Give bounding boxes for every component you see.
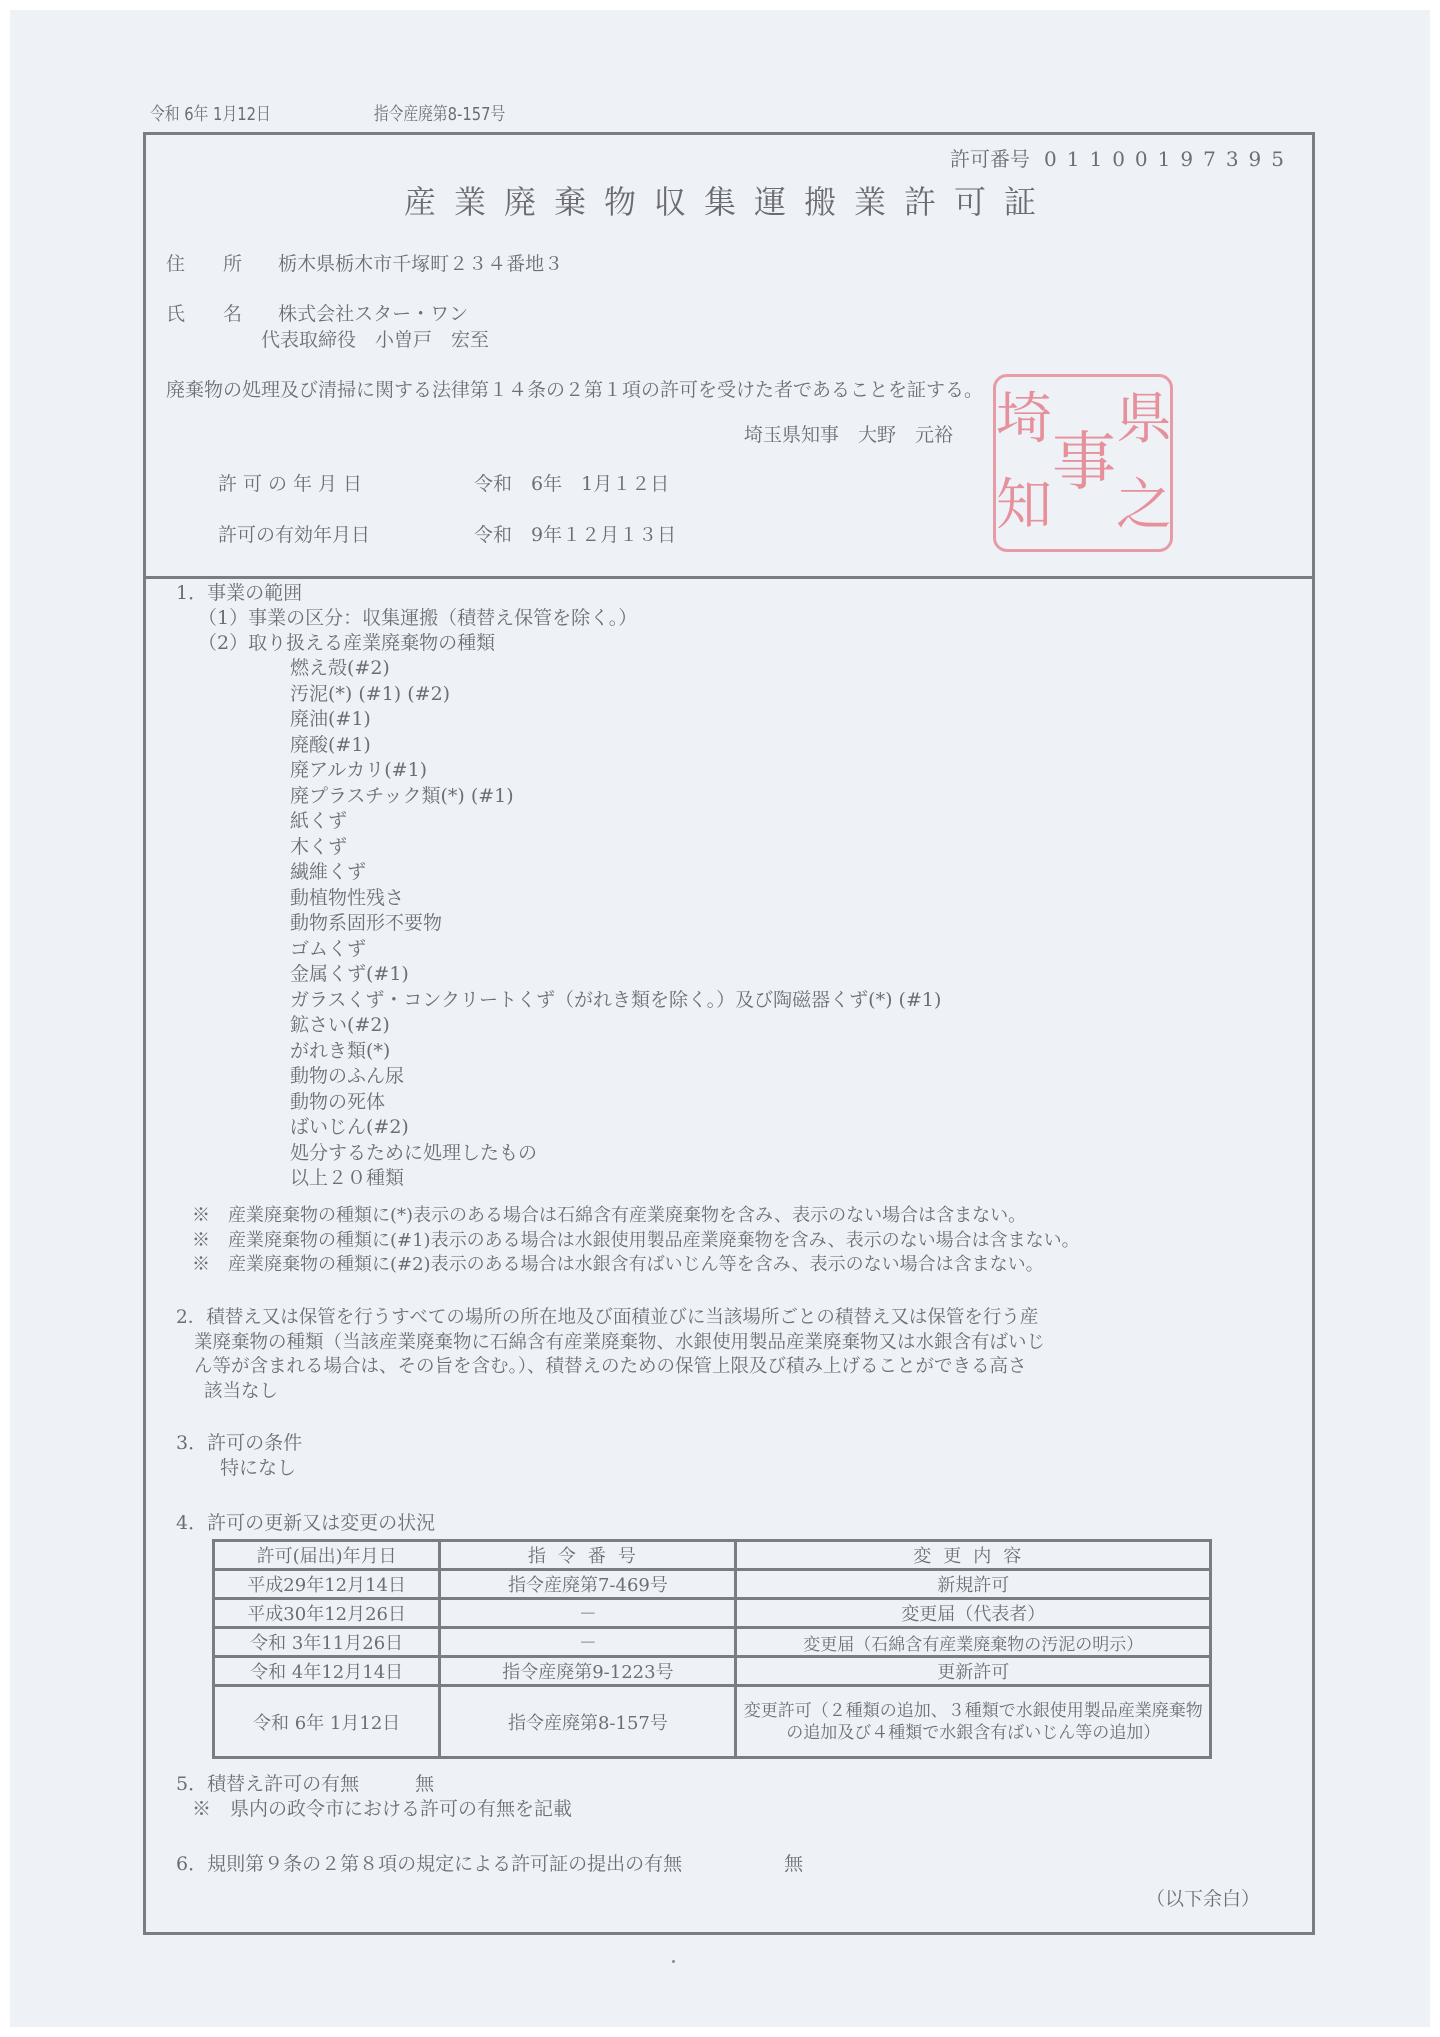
list-item: ばいじん(#2) (290, 1115, 941, 1141)
address-label: 住 所 (166, 253, 258, 275)
command-number: 指令産廃第8-157号 (374, 100, 505, 126)
waste-type-list: 燃え殻(#2) 汚泥(*) (#1) (#2) 廃油(#1) 廃酸(#1) 廃ア… (290, 656, 941, 1192)
list-item: 金属くず(#1) (290, 962, 941, 988)
column-header-command: 指令番号 (440, 1541, 736, 1570)
cell-date: 平成29年12月14日 (214, 1570, 440, 1599)
section6-heading: 6．規則第９条の２第８項の規定による許可証の提出の有無 (176, 1853, 682, 1875)
permit-date-row: 許可の年月日 令和 6年 1月１２日 (218, 469, 669, 496)
issue-date: 令和 6年 1月12日 (150, 100, 271, 126)
seal-char: 之 (1116, 478, 1172, 534)
table-row: 平成29年12月14日 指令産廃第7-469号 新規許可 (214, 1570, 1211, 1599)
section6-value: 無 (784, 1853, 803, 1875)
permit-date-label: 許可の年月日 (218, 469, 468, 496)
cell-change: 変更届（代表者） (736, 1599, 1211, 1628)
cell-command: 指令産廃第8-157号 (440, 1686, 736, 1758)
section2-line: 業廃棄物の種類（当該産業廃棄物に石綿含有産業廃棄物、水銀使用製品産業廃棄物又は水… (176, 1331, 1045, 1356)
cell-date: 令和 4年12月14日 (214, 1657, 440, 1686)
expiry-date-value: 令和 9年１２月１３日 (474, 524, 676, 546)
section3-heading: 3．許可の条件 (176, 1431, 302, 1456)
permit-number: 許可番号01100197395 (950, 143, 1294, 172)
note-asbestos: ※ 産業廃棄物の種類に(*)表示のある場合は石綿含有産業廃棄物を含み、表示のない… (192, 1203, 1080, 1228)
section4-heading: 4．許可の更新又は変更の状況 (176, 1511, 435, 1536)
document-page: 令和 6年 1月12日 指令産廃第8-157号 許可番号01100197395 … (10, 10, 1430, 2027)
list-item: 廃プラスチック類(*) (#1) (290, 784, 941, 810)
section1-heading: 1．事業の範囲 (176, 581, 302, 606)
list-item: 汚泥(*) (#1) (#2) (290, 682, 941, 708)
seal-char: 埼 (996, 392, 1052, 448)
expiry-date-row: 許可の有効年月日 令和 9年１２月１３日 (218, 520, 676, 547)
list-item: 処分するために処理したもの (290, 1141, 941, 1167)
end-mark: （以下余白） (1146, 1887, 1260, 1912)
document-header: 令和 6年 1月12日 指令産廃第8-157号 (150, 100, 505, 126)
seal-char: 県 (1116, 392, 1172, 448)
cell-date: 平成30年12月26日 (214, 1599, 440, 1628)
list-item: ゴムくず (290, 937, 941, 963)
section2-value: 該当なし (176, 1380, 1045, 1405)
list-item: 紙くず (290, 809, 941, 835)
cell-change: 更新許可 (736, 1657, 1211, 1686)
cell-command: － (440, 1628, 736, 1657)
list-item: 動物のふん尿 (290, 1064, 941, 1090)
table-row: 令和 4年12月14日 指令産廃第9-1223号 更新許可 (214, 1657, 1211, 1686)
cell-command: 指令産廃第7-469号 (440, 1570, 736, 1599)
table-header-row: 許可(届出)年月日 指令番号 変更内容 (214, 1541, 1211, 1570)
company-name: 株式会社スター・ワン (278, 303, 468, 325)
list-item: 繊維くず (290, 860, 941, 886)
cell-change: 変更許可（２種類の追加、３種類で水銀使用製品産業廃棄物の追加及び４種類で水銀含有… (736, 1686, 1211, 1758)
list-item: ガラスくず・コンクリートくず（がれき類を除く。）及び陶磁器くず(*) (#1) (290, 988, 941, 1014)
list-item: 動植物性残さ (290, 886, 941, 912)
section5-heading: 5．積替え許可の有無 (176, 1773, 359, 1795)
section1-item1: （1）事業の区分：収集運搬（積替え保管を除く。） (198, 606, 637, 631)
table-row: 令和 6年 1月12日 指令産廃第8-157号 変更許可（２種類の追加、３種類で… (214, 1686, 1211, 1758)
permit-date-value: 令和 6年 1月１２日 (474, 473, 669, 495)
note-mercury-products: ※ 産業廃棄物の種類に(#1)表示のある場合は水銀使用製品産業廃棄物を含み、表示… (192, 1228, 1080, 1253)
section2-line: ん等が含まれる場合は、その旨を含む。）、積替えのための保管上限及び積み上げること… (176, 1355, 1045, 1380)
issuer-name: 埼玉県知事 大野 元裕 (744, 420, 953, 447)
list-item: 燃え殻(#2) (290, 656, 941, 682)
address-row: 住 所 栃木県栃木市千塚町２３４番地３ (166, 249, 563, 276)
list-item: 廃酸(#1) (290, 733, 941, 759)
certificate-frame: 許可番号01100197395 産業廃棄物収集運搬業許可証 住 所 栃木県栃木市… (143, 132, 1315, 1935)
scan-speck (672, 1960, 675, 1963)
cell-change: 新規許可 (736, 1570, 1211, 1599)
expiry-date-label: 許可の有効年月日 (218, 520, 468, 547)
list-item-total: 以上２０種類 (290, 1166, 941, 1192)
list-item: がれき類(*) (290, 1039, 941, 1065)
cell-command: － (440, 1599, 736, 1628)
cell-date: 令和 3年11月26日 (214, 1628, 440, 1657)
cell-date: 令和 6年 1月12日 (214, 1686, 440, 1758)
list-item: 木くず (290, 835, 941, 861)
seal-char: 事 (1052, 431, 1116, 495)
list-item: 廃油(#1) (290, 707, 941, 733)
representative: 代表取締役 小曽戸 宏至 (261, 325, 489, 352)
column-header-date: 許可(届出)年月日 (214, 1541, 440, 1570)
permit-number-value: 01100197395 (1044, 147, 1294, 171)
permit-number-label: 許可番号 (950, 147, 1030, 171)
section2-heading: 2．積替え又は保管を行うすべての場所の所在地及び面積並びに当該場所ごとの積替え又… (176, 1306, 1045, 1404)
list-item: 廃アルカリ(#1) (290, 758, 941, 784)
section1-item2: （2）取り扱える産業廃棄物の種類 (198, 631, 495, 656)
seal-char: 知 (996, 478, 1052, 534)
section3-value: 特になし (220, 1456, 296, 1481)
cell-command: 指令産廃第9-1223号 (440, 1657, 736, 1686)
section5-row: 5．積替え許可の有無 無 (176, 1772, 434, 1797)
section1-notes: ※ 産業廃棄物の種類に(*)表示のある場合は石綿含有産業廃棄物を含み、表示のない… (192, 1203, 1080, 1277)
official-seal: 事 県 之 埼 知 (993, 374, 1173, 552)
section6-row: 6．規則第９条の２第８項の規定による許可証の提出の有無 無 (176, 1852, 803, 1877)
address-value: 栃木県栃木市千塚町２３４番地３ (278, 253, 563, 275)
column-header-change: 変更内容 (736, 1541, 1211, 1570)
table-row: 令和 3年11月26日 － 変更届（石綿含有産業廃棄物の汚泥の明示） (214, 1628, 1211, 1657)
section5-value: 無 (415, 1773, 434, 1795)
list-item: 動物系固形不要物 (290, 911, 941, 937)
name-label: 氏 名 (166, 303, 258, 325)
section-divider (146, 576, 1312, 579)
table-row: 平成30年12月26日 － 変更届（代表者） (214, 1599, 1211, 1628)
certification-statement: 廃棄物の処理及び清掃に関する法律第１４条の２第１項の許可を受けた者であることを証… (166, 375, 983, 402)
name-row: 氏 名 株式会社スター・ワン (166, 299, 468, 326)
note-mercury-dust: ※ 産業廃棄物の種類に(#2)表示のある場合は水銀含有ばいじん等を含み、表示のな… (192, 1252, 1080, 1277)
list-item: 鉱さい(#2) (290, 1013, 941, 1039)
section2-line: 2．積替え又は保管を行うすべての場所の所在地及び面積並びに当該場所ごとの積替え又… (176, 1306, 1045, 1331)
section5-note: ※ 県内の政令市における許可の有無を記載 (192, 1797, 572, 1822)
history-table: 許可(届出)年月日 指令番号 変更内容 平成29年12月14日 指令産廃第7-4… (212, 1539, 1212, 1759)
list-item: 動物の死体 (290, 1090, 941, 1116)
document-title: 産業廃棄物収集運搬業許可証 (146, 177, 1312, 223)
cell-change: 変更届（石綿含有産業廃棄物の汚泥の明示） (736, 1628, 1211, 1657)
